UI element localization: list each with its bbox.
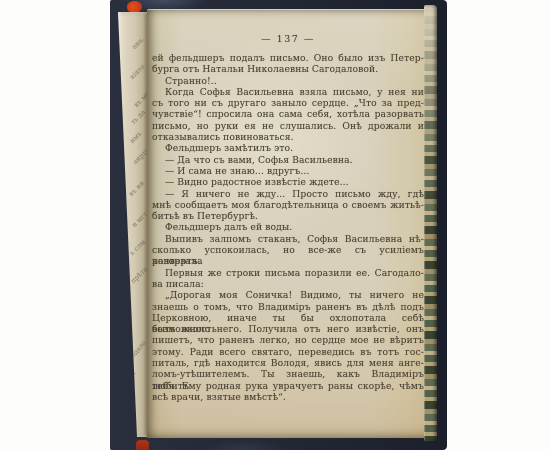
book-page: — 137 — ей фельдшеръ подалъ письмо. Оно … bbox=[147, 9, 436, 438]
text-line: съ того ни съ другаго заныло сердце. „Чт… bbox=[152, 98, 424, 109]
text-line: пишетъ, что раненъ легко, но сердце мое … bbox=[152, 335, 424, 346]
ghost-text-fragment: кіято bbox=[129, 63, 146, 80]
text-line: знаешь о томъ, что Владиміръ раненъ въ д… bbox=[152, 302, 424, 313]
page-number: — 137 — bbox=[152, 34, 424, 45]
text-line: сколько успокоилась, но все-же съ усиліе… bbox=[152, 245, 424, 256]
red-sprayed-edge-top bbox=[126, 0, 143, 14]
ghost-text-fragment: о няп bbox=[120, 370, 137, 389]
ghost-text-fragment: ана. bbox=[131, 36, 146, 51]
facing-page-edge: ана.кіятовъ мріть даимъанрть івъ няи мгт… bbox=[116, 12, 150, 437]
photo-backdrop: ана.кіятовъ мріть даимъанрть івъ няи мгт… bbox=[0, 0, 550, 450]
text-line: конвертъ. bbox=[152, 256, 424, 267]
text-line: чувствіе“! спросила она сама себя, хотѣл… bbox=[152, 109, 424, 120]
text-line: этому. Ради всего святаго, переведись въ… bbox=[152, 347, 424, 358]
text-line: быть около него. Получила отъ него извѣс… bbox=[152, 324, 424, 335]
text-line: битьѣ въ Петербургѣ. bbox=[152, 211, 424, 222]
ghost-text-fragment: ь слм bbox=[129, 239, 147, 257]
text-line: — Я ничего не жду... Просто письмо жду, … bbox=[152, 189, 424, 200]
book: ана.кіятовъ мріть даимъанрть івъ няи мгт… bbox=[110, 0, 447, 450]
text-line: Первыя же строки письма поразили ее. Саг… bbox=[152, 268, 424, 279]
text-line: Выпивъ залпомъ стаканъ, Софья Васильевна… bbox=[152, 234, 424, 245]
text-block: ей фельдшеръ подалъ письмо. Оно было изъ… bbox=[152, 53, 424, 403]
ghost-text-fragment: и мгт bbox=[131, 211, 149, 229]
text-line: письмо, но руки ея не слушались. Онѣ дро… bbox=[152, 121, 424, 132]
red-sprayed-edge-bottom bbox=[136, 440, 149, 450]
text-line: „Дорогая моя Соничка! Видимо, ты ничего … bbox=[152, 290, 424, 301]
text-line: тебя. Ему родная рука уврачуетъ раны ско… bbox=[152, 381, 424, 392]
ghost-text-fragment: Сагодало bbox=[122, 339, 148, 368]
ghost-text-fragment: въ ня bbox=[128, 180, 146, 198]
page-fore-edge bbox=[424, 5, 437, 441]
text-line: — И сама не знаю... вдругъ... bbox=[152, 166, 424, 177]
text-line: Фельдшеръ замѣтилъ это. bbox=[152, 143, 424, 154]
text-line: ва писала: bbox=[152, 279, 424, 290]
ghost-text-fragment: прѣта bbox=[130, 266, 149, 285]
text-line: всѣ врачи, взятые вмѣстѣ“. bbox=[152, 392, 424, 403]
text-line: — Видно радостное извѣстіе ждете... bbox=[152, 177, 424, 188]
text-line: бурга отъ Натальи Николаевны Сагодаловой… bbox=[152, 64, 424, 75]
text-line: ломъ-утѣшителемъ. Ты знаешь, какъ Владим… bbox=[152, 369, 424, 380]
text-line: питаль, гдѣ находится Володя, явись для … bbox=[152, 358, 424, 369]
text-line: Церковною, иначе ты бы охлопотала себѣ в… bbox=[152, 313, 424, 324]
text-line: ей фельдшеръ подалъ письмо. Оно было изъ… bbox=[152, 53, 424, 64]
ghost-text-fragment: имъ bbox=[129, 130, 143, 144]
text-line: мнѣ сообщаетъ моя благодѣтельница о свое… bbox=[152, 200, 424, 211]
text-line: Когда Софья Васильевна взяла письмо, у н… bbox=[152, 87, 424, 98]
text-line: — Да что съ вами, Софья Васильевна. bbox=[152, 155, 424, 166]
text-line: отказывались повиноваться. bbox=[152, 132, 424, 143]
ghost-text-fragment: ть да bbox=[130, 109, 147, 126]
text-line: Странно!.. bbox=[152, 76, 424, 87]
text-line: Фельдшеръ далъ ей воды. bbox=[152, 222, 424, 233]
